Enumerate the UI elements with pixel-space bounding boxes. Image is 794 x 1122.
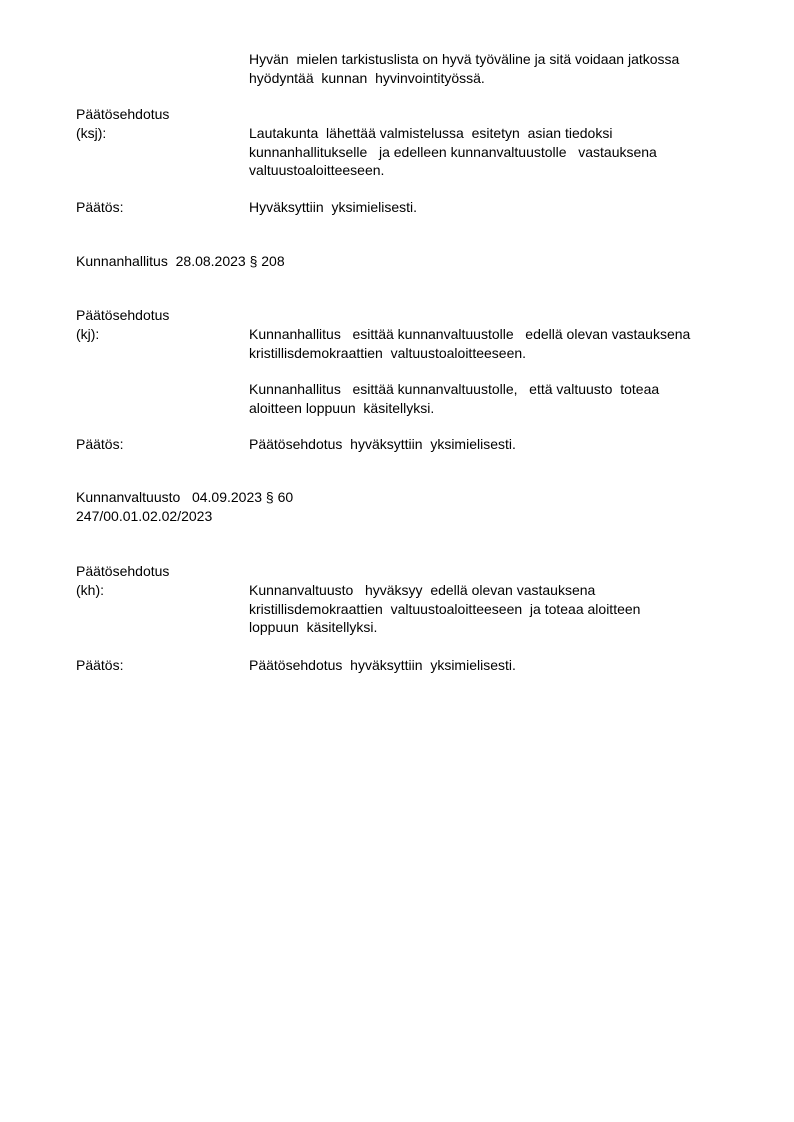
intro-line: Hyvän mielen tarkistuslista on hyvä työv…: [249, 50, 679, 68]
intro-line: hyödyntää kunnan hyvinvointityössä.: [249, 69, 485, 87]
proposal-label: Päätösehdotus: [76, 306, 169, 324]
proposal-text: Lautakunta lähettää valmistelussa esitet…: [249, 124, 612, 142]
proposal-text: aloitteen loppuun käsitellyksi.: [249, 399, 434, 417]
proposal-text: kristillisdemokraattien valtuustoaloitte…: [249, 600, 640, 618]
section-heading: Kunnanvaltuusto 04.09.2023 § 60: [76, 488, 293, 506]
proposal-text: valtuustoaloitteeseen.: [249, 161, 384, 179]
proposal-label-abbr: (ksj):: [76, 124, 106, 142]
decision-label: Päätös:: [76, 656, 123, 674]
decision-text: Päätösehdotus hyväksyttiin yksimielisest…: [249, 435, 516, 453]
decision-label: Päätös:: [76, 435, 123, 453]
decision-label: Päätös:: [76, 198, 123, 216]
decision-text: Hyväksyttiin yksimielisesti.: [249, 198, 417, 216]
proposal-text: loppuun käsitellyksi.: [249, 618, 377, 636]
proposal-text: kunnanhallitukselle ja edelleen kunnanva…: [249, 143, 657, 161]
reference-number: 247/00.01.02.02/2023: [76, 507, 212, 525]
proposal-label: Päätösehdotus: [76, 105, 169, 123]
proposal-text: Kunnanhallitus esittää kunnanvaltuustoll…: [249, 325, 690, 343]
section-heading: Kunnanhallitus 28.08.2023 § 208: [76, 252, 285, 270]
proposal-label-abbr: (kj):: [76, 325, 99, 343]
proposal-text: Kunnanhallitus esittää kunnanvaltuustoll…: [249, 380, 659, 398]
proposal-text: kristillisdemokraattien valtuustoaloitte…: [249, 344, 526, 362]
decision-text: Päätösehdotus hyväksyttiin yksimielisest…: [249, 656, 516, 674]
proposal-label-abbr: (kh):: [76, 581, 104, 599]
proposal-text: Kunnanvaltuusto hyväksyy edellä olevan v…: [249, 581, 595, 599]
proposal-label: Päätösehdotus: [76, 562, 169, 580]
